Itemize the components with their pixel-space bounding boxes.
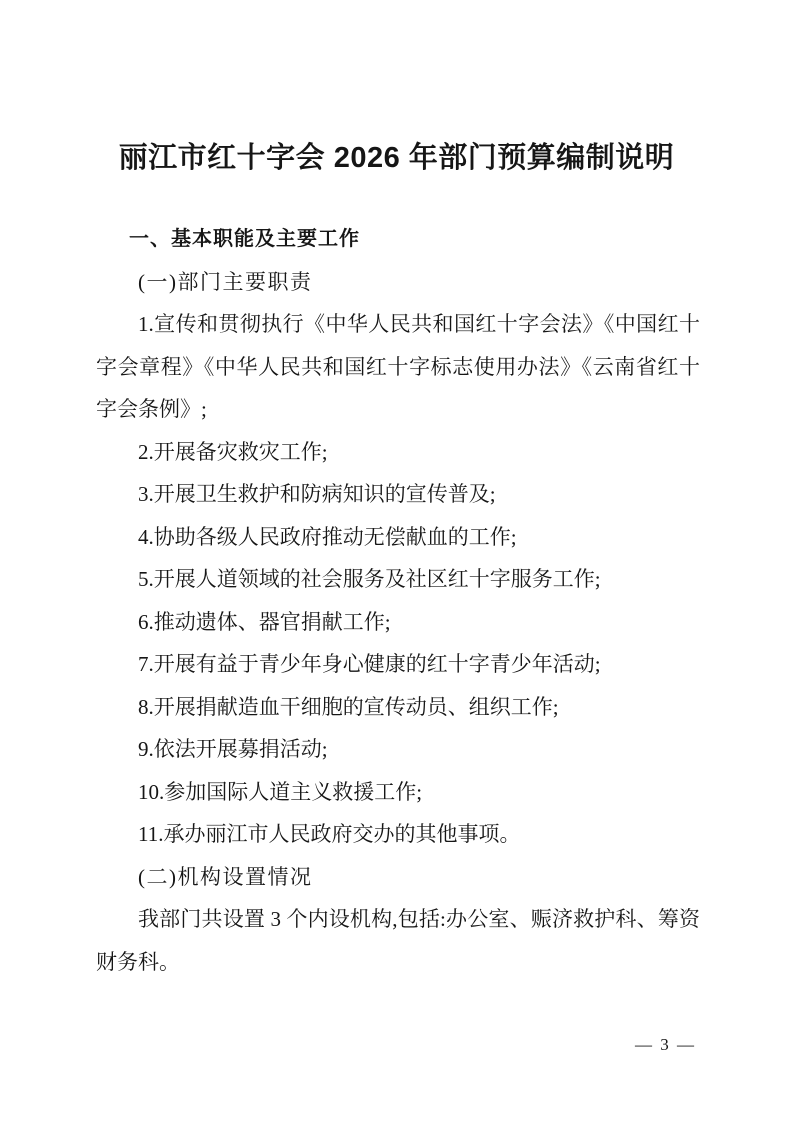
subsection-heading-org-structure: (二)机构设置情况 xyxy=(96,856,700,899)
duty-item-6: 6.推动遗体、器官捐献工作; xyxy=(96,601,700,644)
page-number: — 3 — xyxy=(635,1035,696,1055)
section-heading-basic-functions: 一、基本职能及主要工作 xyxy=(96,218,700,261)
document-page: 丽江市红十字会 2026 年部门预算编制说明 一、基本职能及主要工作 (一)部门… xyxy=(0,0,793,1122)
document-title: 丽江市红十字会 2026 年部门预算编制说明 xyxy=(0,138,793,178)
duty-item-4: 4.协助各级人民政府推动无偿献血的工作; xyxy=(96,516,700,559)
duty-item-8: 8.开展捐献造血干细胞的宣传动员、组织工作; xyxy=(96,686,700,729)
org-structure-paragraph: 我部门共设置 3 个内设机构,包括:办公室、赈济救护科、筹资财务科。 xyxy=(96,898,700,983)
duty-item-5: 5.开展人道领域的社会服务及社区红十字服务工作; xyxy=(96,558,700,601)
duty-item-7: 7.开展有益于青少年身心健康的红十字青少年活动; xyxy=(96,643,700,686)
duty-item-1: 1.宣传和贯彻执行《中华人民共和国红十字会法》《中国红十字会章程》《中华人民共和… xyxy=(96,303,700,431)
duty-item-2: 2.开展备灾救灾工作; xyxy=(96,431,700,474)
duty-item-11: 11.承办丽江市人民政府交办的其他事项。 xyxy=(96,813,700,856)
duty-item-10: 10.参加国际人道主义救援工作; xyxy=(96,771,700,814)
subsection-heading-department-duties: (一)部门主要职责 xyxy=(96,261,700,304)
duty-item-9: 9.依法开展募捐活动; xyxy=(96,728,700,771)
document-body: 一、基本职能及主要工作 (一)部门主要职责 1.宣传和贯彻执行《中华人民共和国红… xyxy=(96,218,700,983)
duty-item-3: 3.开展卫生救护和防病知识的宣传普及; xyxy=(96,473,700,516)
